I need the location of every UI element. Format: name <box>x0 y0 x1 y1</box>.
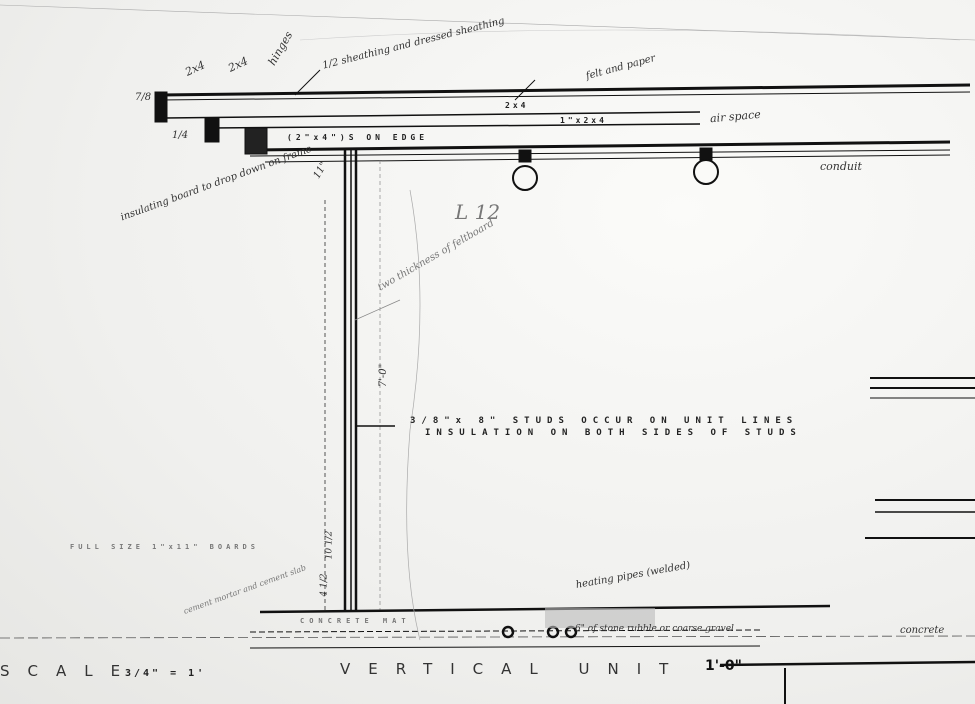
dim-lower-a: 10 1/2 <box>324 531 334 560</box>
wall-section-drawing <box>0 0 975 704</box>
studs-note-line-2: INSULATION ON BOTH SIDES OF STUDS <box>425 428 802 438</box>
scale-value: 3/4" = 1' <box>125 668 206 679</box>
studs-note-line-1: 3/8"x 8" STUDS OCCUR ON UNIT LINES <box>410 416 798 426</box>
note-1-4: 1/4 <box>172 130 188 141</box>
drawing-sheet: (2"x4")S ON EDGE 2x4 1"x2x4 3/8"x 8" STU… <box>0 0 975 704</box>
title-dimension: 1'-0" <box>705 658 742 674</box>
dim-height: 7'-0" <box>378 364 389 387</box>
note-concrete: concrete <box>900 625 944 636</box>
mid-member-label: 1"x2x4 <box>560 116 607 125</box>
scale-label: SCALE <box>0 662 138 680</box>
note-conduit: conduit <box>820 160 862 173</box>
note-angle: L 12 <box>455 200 500 224</box>
edge-note: (2"x4")S ON EDGE <box>287 133 428 142</box>
dim-lower-b: 4 1/2 <box>320 573 330 596</box>
note-7-8: 7/8 <box>135 92 151 103</box>
boards-note: FULL SIZE 1"x11" BOARDS <box>70 543 259 551</box>
note-gravel: 6" of stone rubble or coarse gravel <box>575 624 734 634</box>
drawing-title: VERTICAL UNIT <box>340 660 686 678</box>
top-member-label: 2x4 <box>505 101 528 110</box>
floor-note: CONCRETE MAT <box>300 617 411 625</box>
